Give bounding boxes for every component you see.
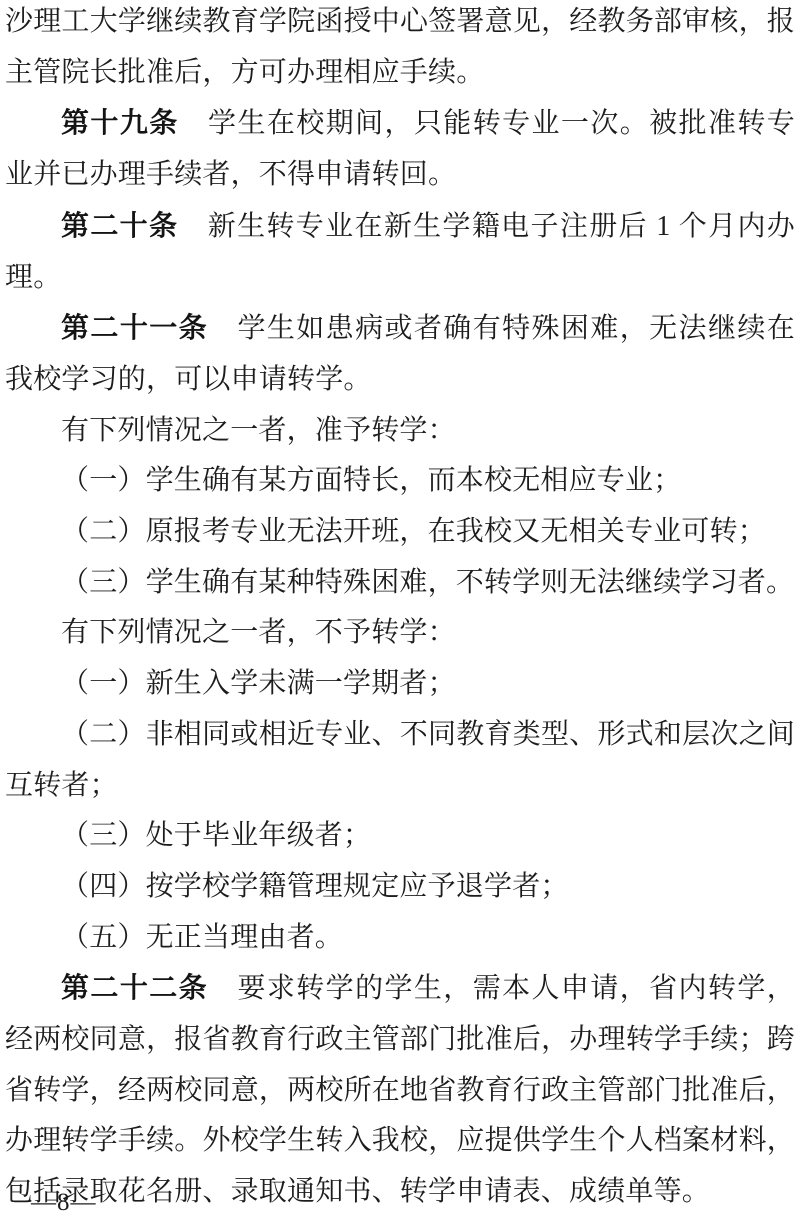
document-page: 沙理工大学继续教育学院函授中心签署意见，经教务部审核，报主管院长批准后，方可办理… xyxy=(0,0,800,1226)
article-paragraph: 第二十一条学生如患病或者确有特殊困难，无法继续在我校学习的，可以申请转学。 xyxy=(5,303,795,405)
article-paragraph: 第二十二条要求转学的学生，需本人申请，省内转学，经两校同意，报省教育行政主管部门… xyxy=(5,963,795,1218)
article-number: 第十九条 xyxy=(61,107,179,138)
paragraph: （五）无正当理由者。 xyxy=(5,913,795,964)
paragraph-text: （五）无正当理由者。 xyxy=(61,922,343,953)
article-number: 第二十条 xyxy=(61,210,178,241)
paragraph: （二）非相同或相近专业、不同教育类型、形式和层次之间互转者； xyxy=(5,710,795,811)
document-body: 沙理工大学继续教育学院函授中心签署意见，经教务部审核，报主管院长批准后，方可办理… xyxy=(5,0,795,1218)
paragraph: 沙理工大学继续教育学院函授中心签署意见，经教务部审核，报主管院长批准后，方可办理… xyxy=(5,0,795,98)
paragraph: （二）原报考专业无法开班，在我校又无相关专业可转； xyxy=(5,507,795,558)
paragraph-text: 有下列情况之一者，准予转学： xyxy=(61,415,456,446)
article-number: 第二十二条 xyxy=(61,972,208,1003)
article-paragraph: 第二十条新生转专业在新生学籍电子注册后 1 个月内办理。 xyxy=(5,201,795,303)
paragraph-text: （一）学生确有某方面特长，而本校无相应专业； xyxy=(61,465,681,496)
paragraph-text: （四）按学校学籍管理规定应予退学者； xyxy=(61,871,569,902)
paragraph: （三）学生确有某种特殊困难，不转学则无法继续学习者。 xyxy=(5,558,795,609)
paragraph-text: （一）新生入学未满一学期者； xyxy=(61,668,456,699)
page-number: —8— xyxy=(31,1188,97,1218)
paragraph-text: 有下列情况之一者，不予转学： xyxy=(61,617,456,648)
paragraph-text: （二）原报考专业无法开班，在我校又无相关专业可转； xyxy=(61,516,766,547)
paragraph: （一）新生入学未满一学期者； xyxy=(5,659,795,710)
paragraph: 有下列情况之一者，准予转学： xyxy=(5,406,795,457)
paragraph: （三）处于毕业年级者； xyxy=(5,811,795,862)
article-paragraph: 第十九条学生在校期间，只能转专业一次。被批准转专业并已办理手续者，不得申请转回。 xyxy=(5,98,795,200)
paragraph-text: （三）学生确有某种特殊困难，不转学则无法继续学习者。 xyxy=(61,567,794,598)
paragraph: 有下列情况之一者，不予转学： xyxy=(5,608,795,659)
paragraph-text: 要求转学的学生，需本人申请，省内转学，经两校同意，报省教育行政主管部门批准后，办… xyxy=(5,973,795,1207)
paragraph-text: 沙理工大学继续教育学院函授中心签署意见，经教务部审核，报主管院长批准后，方可办理… xyxy=(5,6,795,88)
article-number: 第二十一条 xyxy=(61,312,208,343)
paragraph: （四）按学校学籍管理规定应予退学者； xyxy=(5,862,795,913)
paragraph-text: （二）非相同或相近专业、不同教育类型、形式和层次之间互转者； xyxy=(5,719,795,801)
paragraph-text: （三）处于毕业年级者； xyxy=(61,820,371,851)
paragraph: （一）学生确有某方面特长，而本校无相应专业； xyxy=(5,456,795,507)
